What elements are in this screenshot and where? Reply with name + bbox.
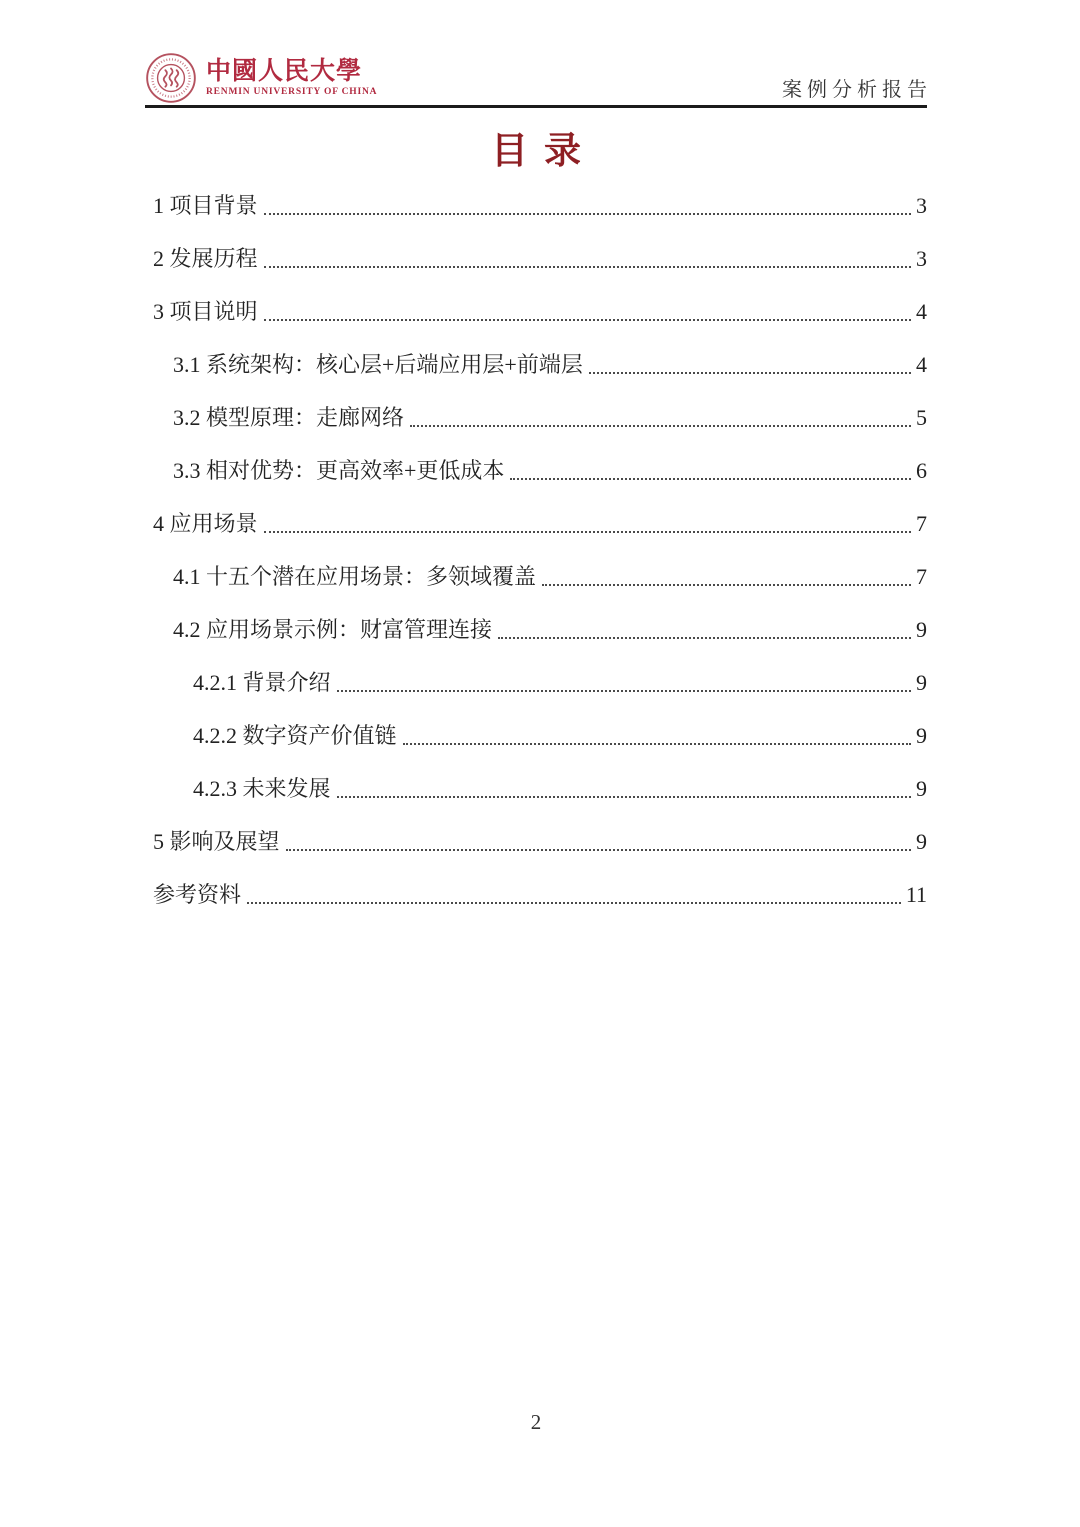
- document-page: 中國人民大學 RENMIN UNIVERSITY OF CHINA 案例分析报告…: [0, 0, 1080, 1527]
- toc-entry-label: 3 项目说明: [153, 296, 258, 327]
- toc-entry-label: 3.2 模型原理：走廊网络: [173, 402, 404, 433]
- toc-page-number: 9: [916, 667, 927, 698]
- toc-page-number: 9: [916, 720, 927, 751]
- toc-dot-leader: [498, 637, 911, 639]
- toc-dot-leader: [589, 372, 911, 374]
- toc-dot-leader: [337, 796, 911, 798]
- toc-page-number: 3: [916, 190, 927, 221]
- toc-dot-leader: [510, 478, 911, 480]
- toc-page-number: 4: [916, 296, 927, 327]
- toc-title: 目录: [145, 130, 927, 174]
- toc-entry-label: 2 发展历程: [153, 243, 258, 274]
- toc-entry-label: 4 应用场景: [153, 508, 258, 539]
- toc-page-number: 3: [916, 243, 927, 274]
- page-number: 2: [531, 1410, 542, 1434]
- toc-dot-leader: [264, 266, 911, 268]
- toc-entry: 4.2 应用场景示例：财富管理连接9: [145, 614, 927, 645]
- toc-entry-label: 3.1 系统架构：核心层+后端应用层+前端层: [173, 349, 583, 380]
- toc-entry: 5 影响及展望9: [145, 826, 927, 857]
- toc-entry: 3.2 模型原理：走廊网络5: [145, 402, 927, 433]
- university-brand: 中國人民大學 RENMIN UNIVERSITY OF CHINA: [145, 52, 377, 104]
- toc-entry: 1 项目背景3: [145, 190, 927, 221]
- toc-dot-leader: [264, 213, 911, 215]
- toc-entry: 3.1 系统架构：核心层+后端应用层+前端层4: [145, 349, 927, 380]
- toc-entry: 4.1 十五个潜在应用场景：多领域覆盖7: [145, 561, 927, 592]
- toc-page-number: 9: [916, 773, 927, 804]
- toc-dot-leader: [337, 690, 911, 692]
- toc-entry-label: 4.2 应用场景示例：财富管理连接: [173, 614, 492, 645]
- toc-page-number: 9: [916, 614, 927, 645]
- toc-entry: 参考资料11: [145, 879, 927, 910]
- toc-dot-leader: [403, 743, 911, 745]
- university-brand-text: 中國人民大學 RENMIN UNIVERSITY OF CHINA: [206, 59, 377, 97]
- toc-entry: 3.3 相对优势：更高效率+更低成本6: [145, 455, 927, 486]
- toc-entry-label: 5 影响及展望: [153, 826, 280, 857]
- toc-entry-label: 3.3 相对优势：更高效率+更低成本: [173, 455, 504, 486]
- header-divider: [145, 105, 927, 108]
- page-footer: 2: [145, 1410, 927, 1435]
- toc-entry: 4.2.2 数字资产价值链9: [145, 720, 927, 751]
- university-name-en: RENMIN UNIVERSITY OF CHINA: [206, 87, 377, 97]
- toc-dot-leader: [410, 425, 911, 427]
- toc-page-number: 4: [916, 349, 927, 380]
- toc-dot-leader: [264, 531, 911, 533]
- toc-dot-leader: [542, 584, 911, 586]
- toc-dot-leader: [264, 319, 911, 321]
- toc-page-number: 11: [906, 879, 927, 910]
- toc-entry: 2 发展历程3: [145, 243, 927, 274]
- toc-entry: 4.2.1 背景介绍9: [145, 667, 927, 698]
- toc-page-number: 7: [916, 561, 927, 592]
- university-seal-icon: [145, 52, 197, 104]
- toc-entry-label: 4.1 十五个潜在应用场景：多领域覆盖: [173, 561, 536, 592]
- toc-entry: 4.2.3 未来发展9: [145, 773, 927, 804]
- toc-list: 1 项目背景32 发展历程33 项目说明43.1 系统架构：核心层+后端应用层+…: [145, 190, 927, 910]
- toc-page-number: 7: [916, 508, 927, 539]
- toc-page-number: 5: [916, 402, 927, 433]
- toc-entry: 3 项目说明4: [145, 296, 927, 327]
- toc-entry: 4 应用场景7: [145, 508, 927, 539]
- toc-entry-label: 4.2.2 数字资产价值链: [193, 720, 397, 751]
- toc-entry-label: 4.2.1 背景介绍: [193, 667, 331, 698]
- toc-entry-label: 1 项目背景: [153, 190, 258, 221]
- toc-entry-label: 参考资料: [153, 879, 241, 910]
- university-name-cn: 中國人民大學: [206, 59, 377, 85]
- report-type-label: 案例分析报告: [782, 79, 932, 104]
- toc-entry-label: 4.2.3 未来发展: [193, 773, 331, 804]
- toc-page-number: 6: [916, 455, 927, 486]
- toc-dot-leader: [247, 902, 901, 904]
- toc-page-number: 9: [916, 826, 927, 857]
- toc-dot-leader: [286, 849, 911, 851]
- page-header: 中國人民大學 RENMIN UNIVERSITY OF CHINA 案例分析报告: [145, 52, 927, 104]
